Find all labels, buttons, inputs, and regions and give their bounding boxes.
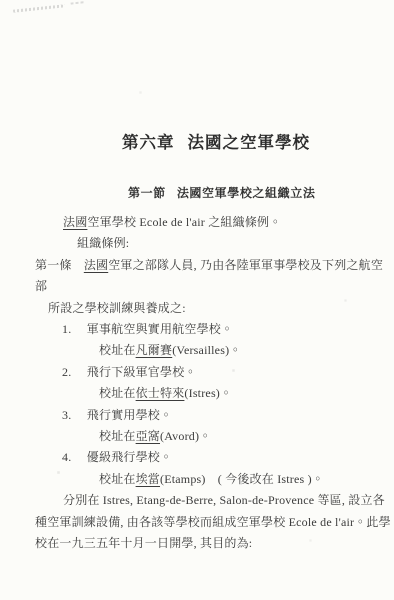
text-line: 種空軍訓練設備, 由各該等學校而組成空軍學校 Ecole de l'air。此學 <box>35 512 394 533</box>
text-line: 校在一九三五年十月一日開學, 其目的為: <box>35 533 394 554</box>
text-segment: 種空軍訓練設備, 由各該等學校而組成空軍學校 Ecole de l'air。此學 <box>35 515 391 529</box>
text-segment: 2. 飛行下級軍官學校。 <box>62 365 197 379</box>
corner-scribble-watermark <box>13 4 65 12</box>
scanned-book-page: 第六章 法國之空軍學校 第一節 法國空軍學校之組織立法 法國空軍學校 Ecole… <box>0 0 394 600</box>
proper-noun-underlined: 亞窩 <box>136 429 160 443</box>
proper-noun-underlined: 依士特來 <box>136 386 185 400</box>
chapter-title: 第六章 法國之空軍學校 <box>122 129 310 153</box>
text-line: 第一條 法國空軍之部隊人員, 乃由各陸軍軍事學校及下列之航空部 <box>35 255 394 298</box>
text-segment: 校址在 <box>99 386 136 400</box>
text-segment: 空軍學校 Ecole de l'air 之組織條例。 <box>87 215 281 229</box>
section-title-text: 法國空軍學校之組織立法 <box>177 184 316 201</box>
text-segment: (Istres)。 <box>184 386 232 400</box>
text-line: 所設之學校訓練與養成之: <box>48 298 394 319</box>
section-title: 第一節 法國空軍學校之組織立法 <box>128 184 315 201</box>
text-segment: 所設之學校訓練與養成之: <box>48 301 186 315</box>
text-segment: 校在一九三五年十月一日開學, 其目的為: <box>35 536 252 550</box>
text-line: 組織條例: <box>77 233 394 254</box>
proper-noun-underlined: 凡爾賽 <box>136 343 173 357</box>
chapter-title-text: 法國之空軍學校 <box>188 129 311 153</box>
proper-noun-underlined: 法國 <box>84 258 108 272</box>
text-segment: 校址在 <box>99 343 136 357</box>
text-line: 4. 優級飛行學校。 <box>62 447 394 468</box>
text-segment: 組織條例: <box>77 236 129 250</box>
proper-noun-underlined: 法國 <box>63 215 87 229</box>
chapter-number: 第六章 <box>122 129 175 153</box>
body-text: 法國空軍學校 Ecole de l'air 之組織條例。組織條例:第一條 法國空… <box>0 212 394 555</box>
text-segment: 第一條 <box>35 258 84 272</box>
text-segment: 3. 飛行實用學校。 <box>62 408 172 422</box>
text-segment: (Avord)。 <box>160 429 211 443</box>
text-line: 校址在依士特來(Istres)。 <box>99 383 394 404</box>
proper-noun-underlined: 埃當 <box>136 472 160 486</box>
text-segment: 校址在 <box>99 429 136 443</box>
text-segment: 4. 優級飛行學校。 <box>62 450 172 464</box>
text-segment: (Etamps) ( 今後改在 Istres )。 <box>160 472 324 486</box>
text-line: 法國空軍學校 Ecole de l'air 之組織條例。 <box>63 212 394 233</box>
text-line: 3. 飛行實用學校。 <box>62 405 394 426</box>
text-line: 2. 飛行下級軍官學校。 <box>62 362 394 383</box>
text-segment: 分別在 Istres, Etang-de-Berre, Salon-de-Pro… <box>63 493 385 507</box>
text-line: 校址在凡爾賽(Versailles)。 <box>99 340 394 361</box>
text-segment: 1. 軍事航空與實用航空學校。 <box>62 322 233 336</box>
text-line: 校址在埃當(Etamps) ( 今後改在 Istres )。 <box>99 469 394 490</box>
text-segment: (Versailles)。 <box>172 343 241 357</box>
text-line: 1. 軍事航空與實用航空學校。 <box>62 319 394 340</box>
scan-speckles <box>0 0 1 1</box>
text-segment: 校址在 <box>99 472 136 486</box>
section-number: 第一節 <box>128 184 166 201</box>
text-line: 分別在 Istres, Etang-de-Berre, Salon-de-Pro… <box>63 490 394 511</box>
text-line: 校址在亞窩(Avord)。 <box>99 426 394 447</box>
